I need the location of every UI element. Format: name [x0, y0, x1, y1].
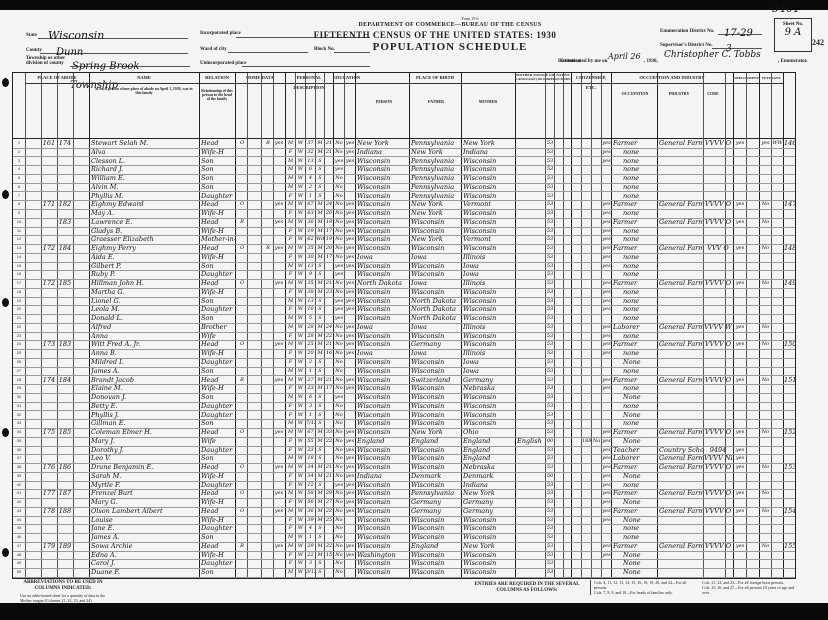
cell-vet	[760, 472, 771, 481]
cell-farm-no: 148	[784, 244, 795, 253]
cell-name: Eighmy Edward	[91, 200, 199, 209]
cell-tongue	[517, 209, 545, 218]
cell-relation: Son	[201, 157, 235, 166]
cell-birth: Wisconsin	[357, 489, 409, 498]
cell-birth: Wisconsin	[357, 542, 409, 551]
cell-war	[772, 367, 783, 376]
cell-dwelling	[41, 402, 57, 411]
cell-sex: M	[286, 174, 295, 183]
cell-vet: No	[760, 463, 771, 472]
cell-war	[772, 340, 783, 349]
cell-school: yes	[334, 262, 344, 271]
cell-war	[772, 165, 783, 174]
cell-farm	[273, 253, 285, 262]
cell-tenure	[237, 568, 247, 577]
cell-birth: Wisconsin	[357, 297, 409, 306]
cell-read	[345, 516, 355, 525]
cell-mother: Nebraska	[463, 384, 515, 393]
cell-tongue	[517, 139, 545, 148]
cell-father: North Dakota	[411, 305, 461, 314]
cell-line: 31	[13, 402, 25, 411]
cell-age-marr	[325, 192, 333, 201]
cell-age: 1	[306, 411, 315, 420]
cell-ind-code	[704, 253, 732, 262]
cell-sex: F	[286, 437, 295, 446]
cell-mother: Wisconsin	[463, 340, 515, 349]
cell-mother: Wisconsin	[463, 165, 515, 174]
cell-war	[772, 419, 783, 428]
cell-age-marr: 20	[325, 209, 333, 218]
cell-nat	[592, 332, 601, 341]
cell-industry	[659, 148, 703, 157]
cell-age-marr	[325, 367, 333, 376]
cell-vet	[760, 332, 771, 341]
cell-ind-code	[704, 183, 732, 192]
cell-mother: Wisconsin	[463, 516, 515, 525]
cell-code: 53	[546, 498, 554, 507]
cell-line: 26	[13, 358, 25, 367]
cell-dwelling	[41, 393, 57, 402]
cell-code: 53	[546, 227, 554, 236]
cell-nat	[592, 200, 601, 209]
cell-age: 28	[306, 323, 315, 332]
cell-nat	[592, 235, 601, 244]
cell-race: W	[296, 446, 305, 455]
cell-cit: yes	[602, 516, 611, 525]
cell-nat	[592, 314, 601, 323]
cell-code: 53	[546, 165, 554, 174]
cell-line: 14	[13, 253, 25, 262]
cell-line: 19	[13, 297, 25, 306]
cell-school: No	[334, 183, 344, 192]
cell-employed	[734, 367, 746, 376]
cell-cit: yes	[602, 209, 611, 218]
cell-age-marr: 27	[325, 498, 333, 507]
cell-relation: Head	[201, 428, 235, 437]
cell-farm	[273, 305, 285, 314]
cell-dwelling	[41, 481, 57, 490]
cell-sex: M	[286, 297, 295, 306]
census-sheet: State Wisconsin County Dunn Township or …	[0, 10, 828, 603]
cell-tongue	[517, 411, 545, 420]
cell-school: No	[334, 411, 344, 420]
cell-radio	[263, 288, 273, 297]
cell-employed	[734, 262, 746, 271]
group-occupation: OCCUPATION AND INDUSTRY	[611, 73, 734, 84]
cell-relation: Wife-H	[201, 472, 235, 481]
cell-employed	[734, 358, 746, 367]
cell-tongue	[517, 481, 545, 490]
cell-race: W	[296, 323, 305, 332]
cell-school: No	[334, 148, 344, 157]
cell-tenure	[237, 323, 247, 332]
cell-war	[772, 218, 783, 227]
cell-line: 9	[13, 209, 25, 218]
cell-radio	[263, 568, 273, 577]
cell-cit: yes	[602, 332, 611, 341]
cell-father: New York	[411, 200, 461, 209]
cell-employed	[734, 209, 746, 218]
cell-birth: Wisconsin	[357, 200, 409, 209]
cell-race: W	[296, 174, 305, 183]
cell-sex: F	[286, 192, 295, 201]
entries-rule-2: Cols. 7, 8, 9, and 10—For heads of famil…	[594, 590, 699, 595]
cell-ind-code	[704, 393, 732, 402]
cell-birth: Wisconsin	[357, 235, 409, 244]
cell-radio	[263, 279, 273, 288]
cell-tongue	[517, 489, 545, 498]
cell-school: No	[334, 200, 344, 209]
cell-immig	[582, 279, 592, 288]
cell-name: Donovan J.	[91, 393, 199, 402]
cell-birth: Wisconsin	[357, 533, 409, 542]
cell-father: Pennsylvania	[411, 183, 461, 192]
cell-marital: M	[316, 323, 324, 332]
cell-nat	[592, 393, 601, 402]
cell-read: yes	[345, 262, 355, 271]
cell-ind-code	[704, 551, 732, 560]
cell-radio	[263, 437, 273, 446]
cell-school: yes	[334, 393, 344, 402]
cell-age: 10	[306, 305, 315, 314]
cell-name: Aida E.	[91, 253, 199, 262]
cell-sex: F	[286, 253, 295, 262]
cell-father: Iowa	[411, 253, 461, 262]
cell-sex: M	[286, 340, 295, 349]
cell-race: W	[296, 481, 305, 490]
cell-industry: General Farm	[659, 340, 703, 349]
cell-birth: Wisconsin	[357, 305, 409, 314]
cell-race: W	[296, 437, 305, 446]
cell-sex: M	[286, 568, 295, 577]
cell-relation: Son	[201, 393, 235, 402]
cell-family	[57, 314, 73, 323]
cell-farm-no	[784, 218, 795, 227]
cell-cit	[602, 419, 611, 428]
cell-marital: M	[316, 200, 324, 209]
cell-father: Wisconsin	[411, 524, 461, 533]
cell-line: 27	[13, 367, 25, 376]
cell-age: 7/12	[306, 419, 315, 428]
cell-family	[57, 349, 73, 358]
cell-nat	[592, 489, 601, 498]
cell-read: yes	[345, 507, 355, 516]
census-title: FIFTEENTH CENSUS OF THE UNITED STATES: 1…	[265, 30, 605, 40]
cell-relation: Head	[201, 340, 235, 349]
cell-occupation: Farmer	[613, 340, 657, 349]
cell-war	[772, 489, 783, 498]
cell-mother: Wisconsin	[463, 288, 515, 297]
cell-age: 25	[306, 340, 315, 349]
cell-farm	[273, 446, 285, 455]
cell-school: yes	[334, 314, 344, 323]
cell-employed	[734, 192, 746, 201]
cell-immig	[582, 498, 592, 507]
cell-farm: yes	[273, 542, 285, 551]
cell-sex: F	[286, 384, 295, 393]
cell-tenure	[237, 393, 247, 402]
cell-farm	[273, 437, 285, 446]
cell-radio	[263, 305, 273, 314]
cell-tongue	[517, 402, 545, 411]
cell-farm	[273, 472, 285, 481]
cell-sex: M	[286, 244, 295, 253]
cell-sex: F	[286, 551, 295, 560]
cell-farm	[273, 358, 285, 367]
cell-name: Lionel G.	[91, 297, 199, 306]
cell-race: W	[296, 559, 305, 568]
cell-school: No	[334, 489, 344, 498]
cell-family	[57, 174, 73, 183]
cell-sex: M	[286, 393, 295, 402]
cell-family	[57, 454, 73, 463]
cell-war	[772, 411, 783, 420]
cell-code: 53	[546, 454, 554, 463]
cell-family	[57, 551, 73, 560]
cell-age: 4	[306, 524, 315, 533]
cell-cit: yes	[602, 253, 611, 262]
cell-ind-code	[704, 437, 732, 446]
cell-marital: M	[316, 489, 324, 498]
cell-dwelling	[41, 227, 57, 236]
cell-tenure	[237, 402, 247, 411]
cell-age-marr: 16	[325, 349, 333, 358]
cell-marital: S	[316, 174, 324, 183]
cell-war	[772, 297, 783, 306]
cell-cit: yes	[602, 279, 611, 288]
cell-school: No	[334, 376, 344, 385]
cell-age-marr: 29	[325, 489, 333, 498]
cell-race: W	[296, 244, 305, 253]
cell-cit	[602, 183, 611, 192]
cell-line: 7	[13, 192, 25, 201]
cell-marital: M	[316, 472, 324, 481]
cell-read	[345, 367, 355, 376]
cell-cit: yes	[602, 200, 611, 209]
cell-mother: Nebraska	[463, 463, 515, 472]
cell-immig	[582, 314, 592, 323]
cell-tenure: R	[237, 376, 247, 385]
cell-line: 29	[13, 384, 25, 393]
cell-family: 189	[57, 542, 73, 551]
cell-father: Pennsylvania	[411, 165, 461, 174]
cell-school: No	[334, 139, 344, 148]
cell-tongue	[517, 568, 545, 577]
cell-family	[57, 402, 73, 411]
cell-name: Edna A.	[91, 551, 199, 560]
cell-school: No	[334, 498, 344, 507]
cell-war	[772, 446, 783, 455]
cell-age-marr	[325, 314, 333, 323]
cell-ind-code: VVVV O	[704, 507, 732, 516]
cell-industry	[659, 297, 703, 306]
cell-cit: yes	[602, 384, 611, 393]
cell-father: Iowa	[411, 279, 461, 288]
cell-immig	[582, 262, 592, 271]
cell-line: 28	[13, 376, 25, 385]
cell-tongue	[517, 200, 545, 209]
cell-read: yes	[345, 428, 355, 437]
cell-name: Alva	[91, 148, 199, 157]
cell-farm-no	[784, 454, 795, 463]
cell-industry: General Farm	[659, 279, 703, 288]
binder-hole	[2, 548, 9, 557]
cell-name: Mary G.	[91, 498, 199, 507]
cell-farm	[273, 323, 285, 332]
cell-ind-code: VVVV O	[704, 489, 732, 498]
cell-mother: Wisconsin	[463, 297, 515, 306]
group-personal-description: PERSONAL DESCRIPTION	[285, 73, 334, 84]
cell-radio	[263, 533, 273, 542]
cell-ind-code	[704, 358, 732, 367]
cell-family	[57, 516, 73, 525]
cell-war	[772, 305, 783, 314]
cell-tongue	[517, 227, 545, 236]
cell-employed	[734, 481, 746, 490]
cell-dwelling	[41, 297, 57, 306]
cell-age: 22	[306, 551, 315, 560]
cell-race: W	[296, 235, 305, 244]
cell-immig	[582, 367, 592, 376]
cell-code: 53	[546, 253, 554, 262]
cell-race: W	[296, 533, 305, 542]
cell-mother: Wisconsin	[463, 551, 515, 560]
cell-vet	[760, 498, 771, 507]
cell-name: Gilbert P.	[91, 262, 199, 271]
cell-age: 39	[306, 516, 315, 525]
cell-relation: Daughter	[201, 446, 235, 455]
cell-war	[772, 253, 783, 262]
cell-occupation: Laborer	[613, 454, 657, 463]
cell-race: W	[296, 297, 305, 306]
cell-immig	[582, 235, 592, 244]
cell-line: 10	[13, 218, 25, 227]
cell-radio	[263, 446, 273, 455]
cell-farm	[273, 393, 285, 402]
cell-age: 34	[306, 472, 315, 481]
cell-father: Wisconsin	[411, 367, 461, 376]
cell-vet: No	[760, 489, 771, 498]
cell-age: 63	[306, 209, 315, 218]
cell-line: 35	[13, 437, 25, 446]
cell-nat	[592, 227, 601, 236]
cell-nat	[592, 279, 601, 288]
cell-father: Wisconsin	[411, 533, 461, 542]
cell-family	[57, 568, 73, 577]
cell-tenure	[237, 516, 247, 525]
cell-farm-no: 151	[784, 376, 795, 385]
incorporated-place-label: Incorporated place	[200, 31, 241, 36]
cell-mother: Wisconsin	[463, 244, 515, 253]
cell-war	[772, 349, 783, 358]
cell-age: 5	[306, 314, 315, 323]
cell-ind-code: VVVV O	[704, 200, 732, 209]
cell-farm: yes	[273, 428, 285, 437]
cell-ind-code	[704, 419, 732, 428]
cell-race: W	[296, 393, 305, 402]
cell-school: No	[334, 279, 344, 288]
cell-industry: General Farm	[659, 244, 703, 253]
cell-read: yes	[345, 340, 355, 349]
cell-birth: Wisconsin	[357, 411, 409, 420]
cell-farm-no	[784, 192, 795, 201]
cell-dwelling	[41, 446, 57, 455]
cell-line: 47	[13, 542, 25, 551]
cell-code: 53	[546, 314, 554, 323]
cell-ind-code	[704, 262, 732, 271]
cell-cit	[602, 314, 611, 323]
cell-name: Clesson L.	[91, 157, 199, 166]
cell-name: William E.	[91, 174, 199, 183]
cell-industry	[659, 262, 703, 271]
cell-industry	[659, 472, 703, 481]
cell-line: 2	[13, 148, 25, 157]
cell-read: yes	[345, 139, 355, 148]
cell-sex: M	[286, 323, 295, 332]
cell-birth: Wisconsin	[357, 454, 409, 463]
cell-family: 183	[57, 340, 73, 349]
cell-family: 184	[57, 244, 73, 253]
cell-age: 36	[306, 507, 315, 516]
cell-line: 1	[13, 139, 25, 148]
cell-tongue	[517, 157, 545, 166]
cell-relation: Son	[201, 314, 235, 323]
cell-war	[772, 270, 783, 279]
cell-age-marr	[325, 157, 333, 166]
ward-label: Ward of city	[200, 47, 227, 52]
cell-mother: Illinois	[463, 349, 515, 358]
cell-industry: Country School	[659, 446, 703, 455]
cell-ind-code: VVVV W	[704, 323, 732, 332]
cell-dwelling	[41, 192, 57, 201]
cell-cit: yes	[602, 305, 611, 314]
cell-radio	[263, 218, 273, 227]
cell-dwelling	[41, 384, 57, 393]
cell-line: 48	[13, 551, 25, 560]
cell-school: No	[334, 332, 344, 341]
cell-school: No	[334, 235, 344, 244]
cell-marital: M	[316, 384, 324, 393]
cell-occupation: Farmer	[613, 244, 657, 253]
cell-marital: S	[316, 165, 324, 174]
cell-read: yes	[345, 332, 355, 341]
cell-war	[772, 314, 783, 323]
cell-nat	[592, 472, 601, 481]
cell-ind-code	[704, 148, 732, 157]
cell-birth: Iowa	[357, 323, 409, 332]
cell-code: 53	[546, 192, 554, 201]
cell-tongue	[517, 419, 545, 428]
cell-farm-no	[784, 358, 795, 367]
cell-vet	[760, 559, 771, 568]
cell-radio	[263, 270, 273, 279]
cell-birth: Wisconsin	[357, 524, 409, 533]
cell-relation: Son	[201, 568, 235, 577]
cell-read	[345, 314, 355, 323]
cell-tenure: O	[237, 428, 247, 437]
cell-cit: yes	[602, 542, 611, 551]
cell-age: 29	[306, 542, 315, 551]
cell-nat	[592, 209, 601, 218]
cell-relation: Wife-H	[201, 349, 235, 358]
cell-tongue	[517, 235, 545, 244]
cell-tongue: English	[517, 437, 545, 446]
cell-vet: No	[760, 428, 771, 437]
cell-vet: No	[760, 279, 771, 288]
cell-code: 53	[546, 235, 554, 244]
cell-mother: Wisconsin	[463, 559, 515, 568]
cell-mother: Wisconsin	[463, 524, 515, 533]
